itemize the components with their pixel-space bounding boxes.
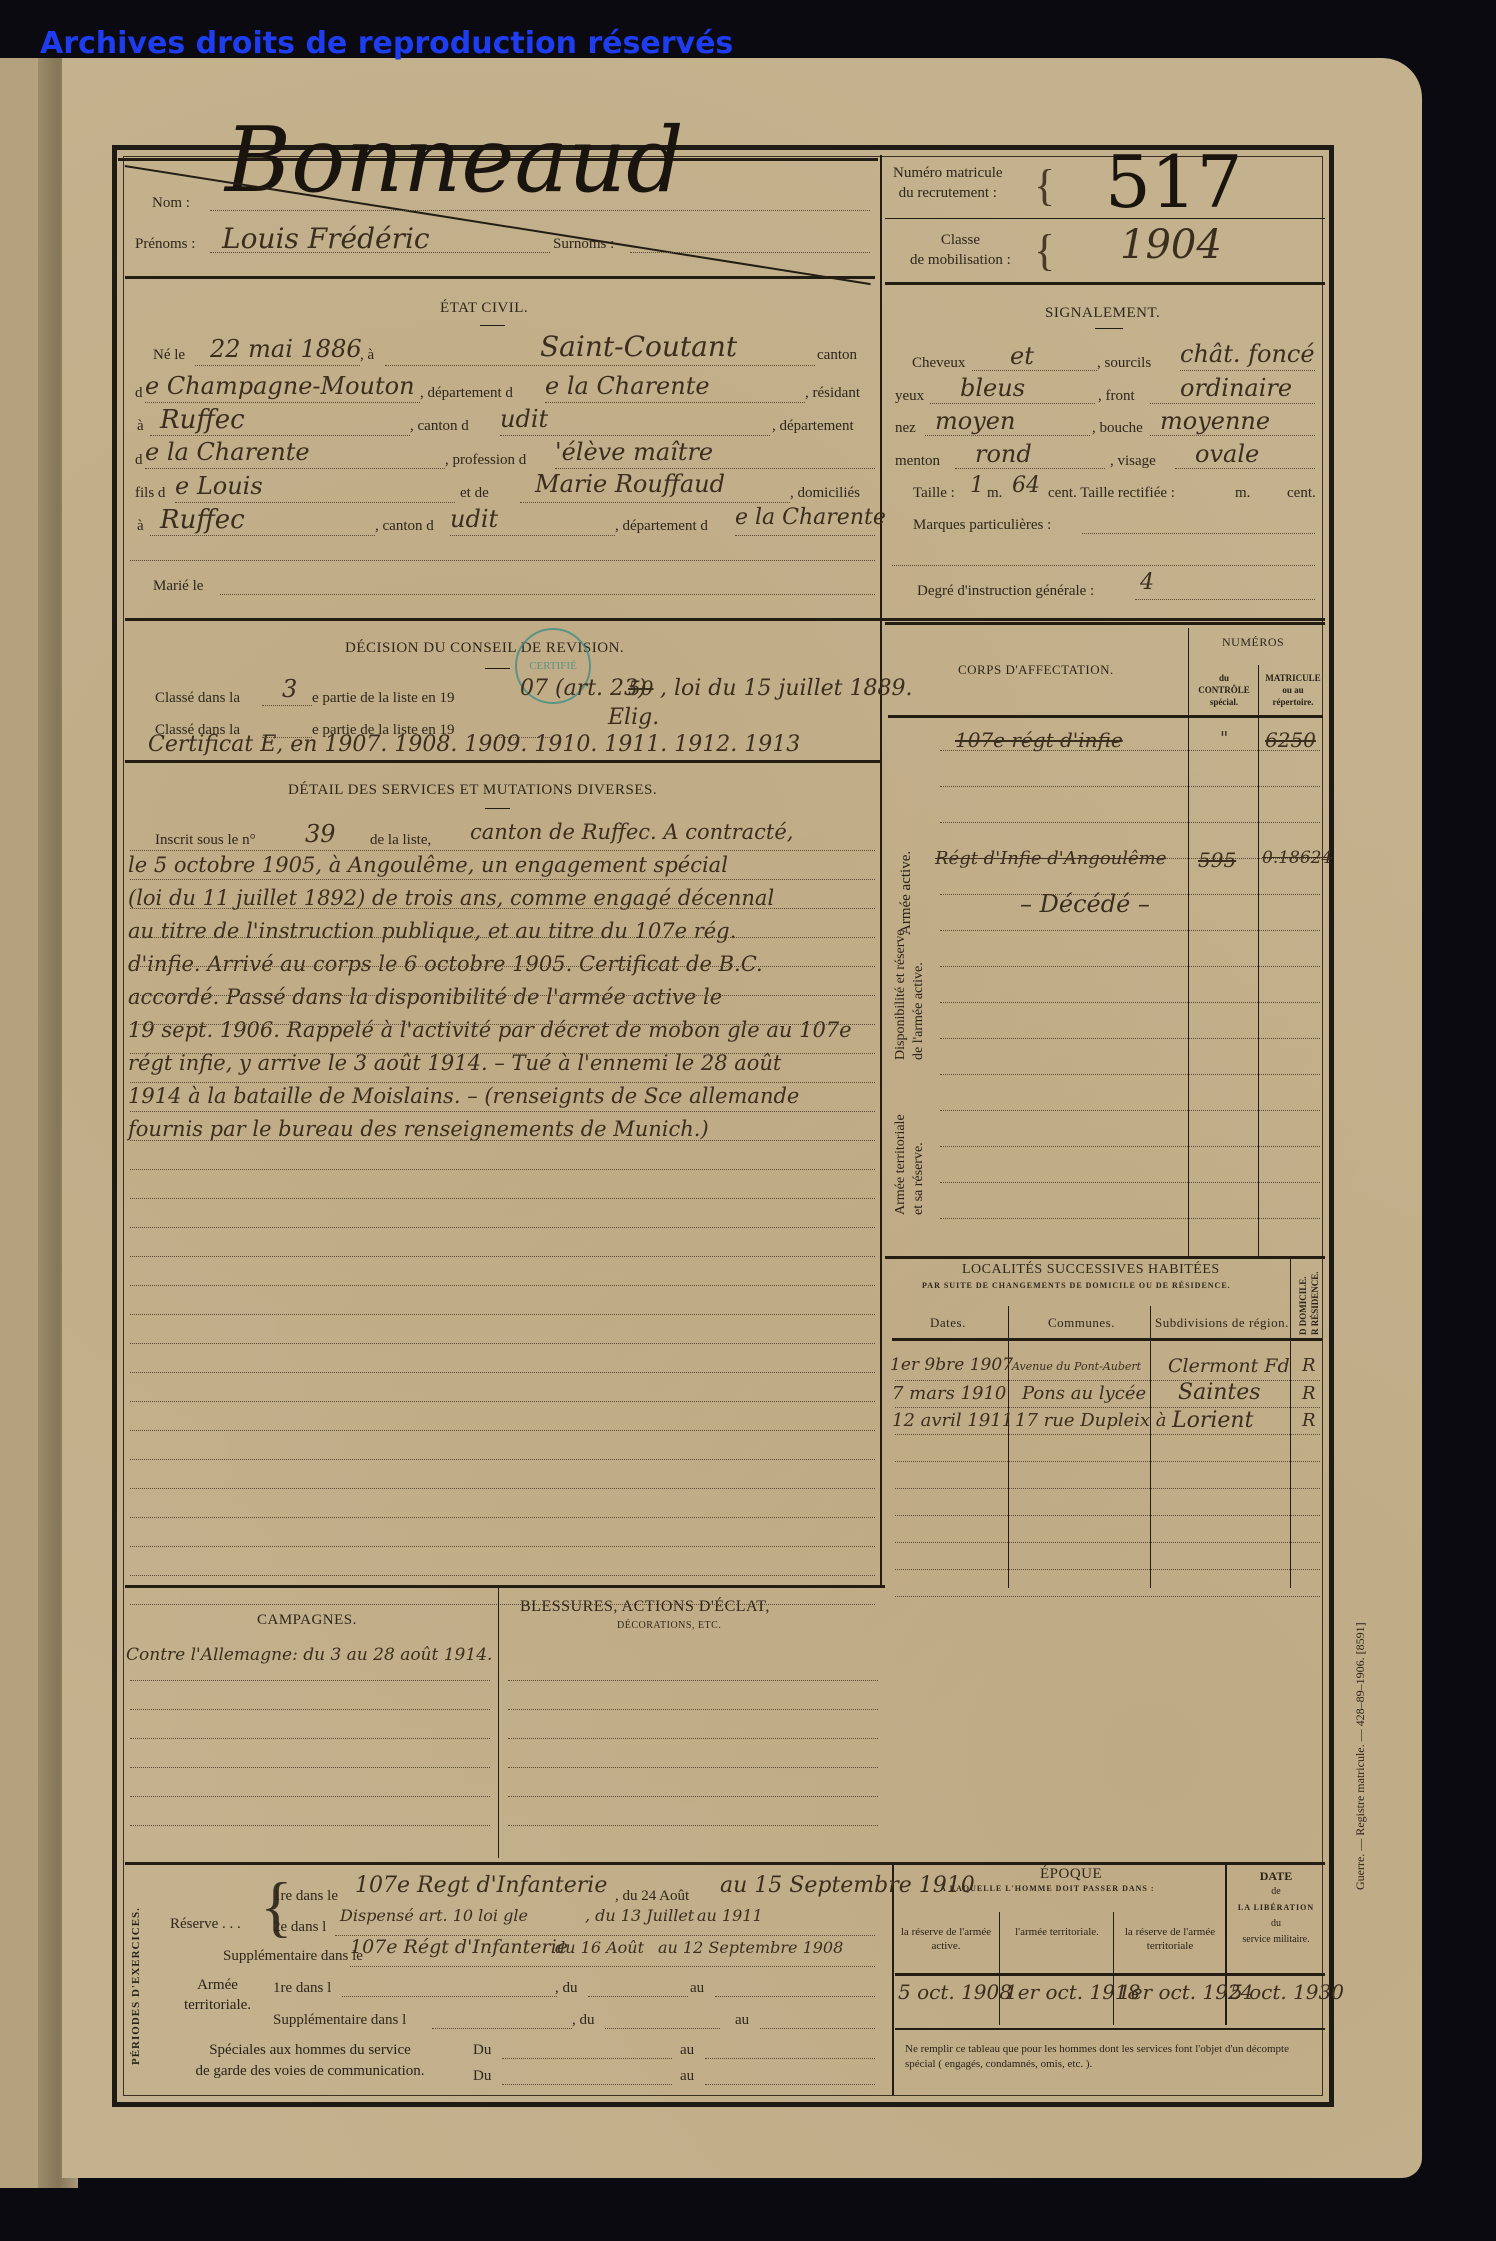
departement2-dotline [145,468,445,469]
speciales-du-1-dotline [502,2058,672,2059]
mere-value: Marie Rouffaud [535,470,725,498]
localites-dotline [895,1542,1320,1543]
services-title-rule [485,808,510,809]
services-dotline [130,1198,875,1199]
prenoms-dotline [210,252,550,253]
visage-label: , visage [1110,453,1156,470]
services-dotline [130,966,875,967]
localites-row-1-commune: Avenue du Pont-Aubert [1012,1360,1141,1373]
epoque-col3-header: la réserve de l'armée territoriale [1116,1925,1224,1953]
departement-value: e la Charente [545,372,710,400]
section-dispo-line2: de l'armée active. [911,962,926,1060]
residence-dotline [150,435,410,436]
localites-dotline [895,1515,1320,1516]
terr-label-line1: Armée [170,1975,265,1995]
yeux-label: yeux [895,388,924,405]
taille-m-label: m. [987,485,1002,502]
affectation-header-rule [888,715,1323,718]
periodes-side-label: PÉRIODES D'EXERCICES. [130,1907,142,2065]
services-line: canton de Ruffec. A contracté, [470,820,793,844]
affectation-dotline [940,1038,1320,1039]
services-dotline [130,995,875,996]
localites-subtitle: PAR SUITE DE CHANGEMENTS DE DOMICILE OU … [922,1281,1231,1290]
services-dotline [130,1575,875,1576]
date-liberation-header: DATE de LA LIBÉRATION du service militai… [1228,1868,1324,1948]
profession-value: 'élève maître [555,438,713,466]
canton2-value: udit [500,405,548,433]
periodes-top-rule [125,1862,1325,1865]
dr-header-line1: D DOMICILE. [1298,1276,1308,1335]
main-column-divider [880,155,882,1585]
date-lib-line5: service militaire. [1228,1932,1324,1948]
residence-value: Ruffec [160,405,245,435]
epoque-bottom-rule [895,2028,1325,2030]
controle-header: du CONTRÔLE spécial. [1193,672,1255,708]
canton-label: canton [817,347,857,364]
sup-au: au 12 Septembre 1908 [658,1938,843,1957]
r2-label: 2e dans l [273,1919,326,1936]
bouche-label: , bouche [1092,420,1143,437]
prenoms-value: Louis Frédéric [222,222,430,255]
localites-row-1-dr: R [1302,1355,1316,1376]
marie-label: Marié le [153,578,203,595]
section-dispo-line1: Disponibilité et réserve [893,929,908,1060]
date-liberation-value: 5 oct. 1930 [1230,1980,1344,2004]
instruction-value: 4 [1140,570,1154,595]
localites-dotline [895,1596,1320,1597]
cheveux-dotline [972,370,1097,371]
affectation-dotline [940,1074,1320,1075]
nom-value: Bonneaud [225,108,684,213]
services-dotline [130,1459,875,1460]
localites-row-1-subdivision: Clermont Fd [1168,1355,1290,1377]
speciales-au-1-dotline [705,2058,875,2059]
left-page-edge [0,58,60,2188]
campagnes-dotline [508,1738,878,1739]
controle-header-line2: CONTRÔLE [1193,684,1255,696]
instruction-label: Degré d'instruction générale : [917,583,1094,600]
taille-cent-value: 64 [1012,473,1040,498]
nez-value: moyen [935,407,1015,435]
canton3-label: , canton d [375,518,434,535]
services-line: régt infie, y arrive le 3 août 1914. – T… [128,1051,781,1075]
services-dotline [130,1430,875,1431]
services-dotline [130,1053,875,1054]
localites-row-3-subdivision: Lorient [1172,1408,1253,1433]
nom-dotline [210,210,870,211]
localites-header-rule [892,1338,1322,1341]
classe1-label: Classé dans la [155,690,240,707]
liste-label: de la liste, [370,832,431,849]
affectation-dotline [940,1146,1320,1147]
r1-au: au 15 Septembre 1910 [720,1873,975,1898]
profession-dotline [555,468,875,469]
bouche-value: moyenne [1160,407,1270,435]
epoque-note: Ne remplir ce tableau que pour les homme… [905,2042,1320,2072]
services-dotline [130,908,875,909]
matricule-header-line1: MATRICULE [1261,672,1325,684]
localites-row-2-dr: R [1302,1383,1316,1404]
localites-dotline [895,1461,1320,1462]
campagnes-dotline [130,1825,490,1826]
sourcils-dotline [1180,370,1315,371]
affectation-row-2-controle: 595 [1198,848,1236,872]
t2-au: au [735,2012,749,2029]
services-line: le 5 octobre 1905, à Angoulême, un engag… [128,853,728,877]
speciales-label: Spéciales aux hommes du service de garde… [160,2040,460,2082]
campagnes-dotline [508,1825,878,1826]
visage-value: ovale [1195,440,1259,468]
front-label: , front [1098,388,1135,405]
classe-value: 1904 [1120,222,1222,268]
partie1-label: e partie de la liste en 19 [312,690,454,707]
printer-imprint: Guerre. — Registre matricule. — 428–89–1… [1353,1622,1368,1890]
services-dotline [130,1285,875,1286]
etat-civil-title: ÉTAT CIVIL. [440,300,528,317]
marques-dotline [1082,533,1315,534]
t1-au-dotline [715,1996,875,1997]
residence-prefix: à [137,418,144,435]
campagnes-dotline [130,1738,490,1739]
section-terr-line1: Armée territoriale [893,1114,908,1215]
signalement-title-rule [1095,328,1123,329]
r1-label: 1re dans le [273,1888,338,1905]
front-value: ordinaire [1180,374,1292,402]
canton2-dotline [500,435,770,436]
campagnes-dotline [130,1796,490,1797]
ne-le-dotline [195,365,360,366]
campagnes-top-rule [125,1585,885,1588]
mere-dotline [520,502,790,503]
terr-label: Armée territoriale. [170,1975,265,2015]
t1-dotline [342,1996,557,1997]
inscrit-value: 39 [305,820,336,848]
t1-du: , du [555,1980,578,1997]
domicilies-label: , domiciliés [790,485,860,502]
etat-civil-bottom-rule [125,618,1325,621]
services-dotline [130,1517,875,1518]
canton2-label: , canton d [410,418,469,435]
departement2-prefix: d [135,452,143,469]
classe1-value: 3 [282,675,297,703]
affectation-row-3-corps: – Décédé – [1020,890,1150,918]
services-line: d'infie. Arrivé au corps le 6 octobre 19… [128,952,763,976]
reserve-label: Réserve . . . [170,1916,241,1933]
campagnes-dotline [508,1709,878,1710]
nom-label: Nom : [152,195,190,212]
campagnes-dotline [508,1680,878,1681]
ne-le-label: Né le [153,347,185,364]
localites-dr-divider [1290,1258,1291,1588]
speciales-du-2-dotline [502,2084,672,2085]
localites-dotline [895,1434,1320,1435]
controle-header-line3: spécial. [1193,696,1255,708]
speciales-du-1: Du [473,2042,491,2059]
taille-label: Taille : [913,485,955,502]
t2-au-dotline [760,2028,875,2029]
prenoms-label: Prénoms : [135,236,195,253]
menton-label: menton [895,453,940,470]
taille-m-value: 1 [970,473,984,498]
localites-row-2-date: 7 mars 1910 [892,1383,1006,1404]
services-line: accordé. Passé dans la disponibilité de … [128,985,722,1009]
localites-col-communes: Communes. [1048,1315,1115,1331]
canton-prefix: d [135,385,143,402]
matricule-label: Numéro matriculedu recrutement : [893,163,1003,203]
epoque-col1-header: la réserve de l'armée active. [896,1925,996,1953]
nez-dotline [925,435,1090,436]
services-dotline [130,1024,875,1025]
departement3-dotline [735,535,875,536]
affectation-dotline [940,1218,1320,1219]
speciales-line2: de garde des voies de communication. [160,2061,460,2082]
campagnes-dotline [130,1709,490,1710]
matricule-header: MATRICULE ou au répertoire. [1261,672,1325,708]
campagnes-value: Contre l'Allemagne: du 3 au 28 août 1914… [126,1645,492,1665]
r2-du: , du 13 Juillet [585,1906,694,1925]
matricule-rule [885,218,1325,219]
affectation-col-divider-2 [1258,665,1259,1258]
affectation-row-2-corps: Régt d'Infie d'Angoulême [935,848,1166,869]
matricule-header-line3: répertoire. [1261,696,1325,708]
services-dotline [130,1546,875,1547]
pere-dotline [175,502,455,503]
services-title: DÉTAIL DES SERVICES ET MUTATIONS DIVERSE… [288,782,657,799]
affectation-col-divider-1 [1188,628,1189,1258]
name-block-bottom-rule [125,276,875,279]
loi-value: , loi du 15 juillet 1889. [660,676,912,701]
cheveux-value: et [1010,342,1034,370]
matricule-header-line2: ou au [1261,684,1325,696]
taille-cent-label: cent. Taille rectifiée : [1048,485,1175,502]
speciales-au-1: au [680,2042,694,2059]
localites-col-divider-1 [1008,1306,1009,1588]
localites-top-rule [885,1256,1325,1259]
epoque-col-divider-1 [999,1912,1000,2025]
epoque-col2-header: l'armée territoriale. [1003,1925,1111,1939]
classe1-dotline [262,705,312,706]
affectation-row-1-matricule: 6250 [1265,728,1316,752]
epoque-subtitle: À LAQUELLE L'HOMME DOIT PASSER DANS : [940,1884,1155,1893]
r1-du: , du 24 Août [615,1888,689,1905]
canton-dotline [145,402,420,403]
profession-label: , profession d [445,452,526,469]
services-line: (loi du 11 juillet 1892) de trois ans, c… [128,886,774,910]
localites-row-2-commune: Pons au lycée [1022,1383,1146,1404]
lieu-naissance-value: Saint-Coutant [540,330,737,363]
periodes-divider [892,1865,894,2095]
classe-label-line1: Classe [941,232,980,248]
services-dotline [130,1082,875,1083]
services-dotline [130,1256,875,1257]
services-dotline [130,879,875,880]
marie-dotline [220,594,875,595]
localites-col-dates: Dates. [930,1315,966,1331]
services-dotline [130,937,875,938]
etat-civil-blank-dotline [130,560,875,561]
certificats-value: Certificat E, en 1907. 1908. 1909. 1910.… [148,732,800,757]
affectation-top-rule [885,622,1325,625]
blessures-title: BLESSURES, ACTIONS D'ÉCLAT, [520,1598,770,1616]
canton3-dotline [450,535,615,536]
t1-label: 1re dans l [273,1980,331,1997]
surnoms-dotline [630,252,870,253]
campagnes-dotline [508,1796,878,1797]
campagnes-title: CAMPAGNES. [257,1612,357,1629]
localites-col-subdivisions: Subdivisions de région. [1155,1315,1289,1331]
t1-au: au [690,1980,704,1997]
speciales-au-2: au [680,2068,694,2085]
blessures-subtitle: DÉCORATIONS, ETC. [617,1620,721,1631]
matricule-brace: { [1034,160,1055,211]
services-line: fournis par le bureau des renseignements… [128,1117,709,1141]
services-dotline [130,1372,875,1373]
marques-label: Marques particulières : [913,517,1051,534]
affectation-dotline [940,1110,1320,1111]
sourcils-label: , sourcils [1097,355,1151,372]
affectation-row-1-controle: " [1220,728,1228,749]
canton3-value: udit [450,505,498,533]
sourcils-value: chât. foncé [1180,340,1315,368]
services-dotline [130,1169,875,1170]
domicile-dotline [150,535,375,536]
departement3-label: , département d [615,518,708,535]
section-disponibilite: Disponibilité et réservede l'armée activ… [892,929,928,1060]
affectation-dotline [940,786,1320,787]
date-lib-line1: DATE [1228,1868,1324,1884]
localites-row-1-date: 1er 9bre 1907 [890,1355,1013,1375]
watermark-text: Archives droits de reproduction réservés [40,26,733,61]
services-dotline [130,1488,875,1489]
sup-value: 107e Régt d'Infanterie [350,1936,568,1958]
instruction-dotline [1135,599,1315,600]
localites-dr-header: D DOMICILE.R RÉSIDENCE. [1297,1271,1321,1335]
affectation-dotline [940,1182,1320,1183]
speciales-line1: Spéciales aux hommes du service [160,2040,460,2061]
classe-brace: { [1034,225,1055,276]
r2-value: Dispensé art. 10 loi gle [340,1906,528,1925]
localites-dotline [895,1407,1320,1408]
r1-value: 107e Regt d'Infanterie [355,1873,607,1898]
section-terr-line2: et sa réserve. [911,1142,926,1215]
departement2-value: e la Charente [145,438,310,466]
sup-dotline [350,1966,875,1967]
date-lib-line3: LA LIBÉRATION [1228,1900,1324,1916]
speciales-au-2-dotline [705,2084,875,2085]
domicile-value: Ruffec [160,505,245,535]
nez-label: nez [895,420,916,437]
inscrit-label: Inscrit sous le n° [155,832,256,849]
menton-value: rond [975,440,1032,468]
classe-label-line2: de mobilisation : [910,252,1011,268]
a-label: , à [360,347,374,364]
classe-bottom-rule [885,282,1325,285]
cheveux-label: Cheveux [912,355,965,372]
taille-rect-cent-label: cent. [1287,485,1316,502]
localites-dotline [895,1569,1320,1570]
departement-label: , département d [420,385,513,402]
visage-dotline [1175,468,1315,469]
localites-dotline [895,1488,1320,1489]
epoque-col-divider-2 [1113,1912,1114,2025]
affectation-row-1-corps: 107e régt d'infie [955,728,1123,752]
signalement-title: SIGNALEMENT. [1045,305,1160,322]
services-dotline [130,1111,875,1112]
campagnes-dotline [130,1680,490,1681]
residant-label: , résidant [805,385,860,402]
canton-value: e Champagne-Mouton [145,372,415,400]
affectation-row-2-matricule: 0.18624 [1262,848,1332,868]
services-dotline [130,1314,875,1315]
sup-label: Supplémentaire dans le [223,1948,363,1965]
dr-header-line2: R RÉSIDENCE. [1310,1271,1320,1335]
yeux-dotline [930,403,1095,404]
conseil-bottom-rule [125,760,880,763]
date-lib-line2: de [1228,1884,1324,1900]
departement-dotline [545,402,805,403]
matricule-label-line1: Numéro matricule [893,165,1003,181]
bouche-dotline [1150,435,1315,436]
affectation-dotline [940,1002,1320,1003]
taille-rect-m-label: m. [1235,485,1250,502]
menton-dotline [955,468,1105,469]
matricule-label-line2: du recrutement : [899,185,997,201]
campagnes-dotline [508,1767,878,1768]
conseil-title-rule [485,668,510,669]
localites-row-3-dr: R [1302,1410,1316,1431]
yeux-value: bleus [960,374,1025,402]
services-dotline [130,1227,875,1228]
elig-annotation: Elig. [608,705,659,730]
affectation-dotline [940,930,1320,931]
campagnes-dotline [130,1767,490,1768]
t2-du: , du [572,2012,595,2029]
t1-du-dotline [588,1996,688,1997]
epoque-title: ÉPOQUE [1040,1866,1102,1883]
epoque-col1-value: 5 oct. 1908 [898,1980,1012,2004]
services-dotline [130,1140,875,1141]
services-dotline [130,850,875,851]
t2-dotline [432,2028,572,2029]
campagnes-divider [498,1588,499,1858]
localites-row-2-subdivision: Saintes [1178,1380,1261,1405]
date-lib-line4: du [1228,1916,1324,1932]
corps-header: CORPS D'AFFECTATION. [958,662,1114,678]
lieu-dotline [385,365,815,366]
r2-au: au 1911 [697,1906,763,1925]
affectation-dotline [940,966,1320,967]
section-armee-active: Armée active. [898,851,915,935]
et-de-label: et de [460,485,489,502]
ne-le-value: 22 mai 1886 [210,335,362,363]
sup-du: du 16 Août [555,1938,644,1957]
services-dotline [130,1343,875,1344]
classe-label: Classede mobilisation : [910,230,1011,270]
matricule-value: 517 [1105,140,1242,224]
surnoms-label: Surnoms : [553,236,614,253]
localites-row-3-date: 12 avril 1911 [892,1410,1013,1431]
speciales-du-2: Du [473,2068,491,2085]
localites-row-3-commune: 17 rue Dupleix à [1015,1410,1167,1431]
localites-title: LOCALITÉS SUCCESSIVES HABITÉES [962,1262,1220,1278]
numeros-header: NUMÉROS [1222,635,1284,650]
epoque-header-rule [895,1973,1325,1976]
terr-label-line2: territoriale. [170,1995,265,2015]
affectation-dotline [940,822,1320,823]
services-line: 19 sept. 1906. Rappelé à l'activité par … [128,1018,852,1042]
etat-civil-title-rule [480,325,505,326]
services-dotline [130,1401,875,1402]
